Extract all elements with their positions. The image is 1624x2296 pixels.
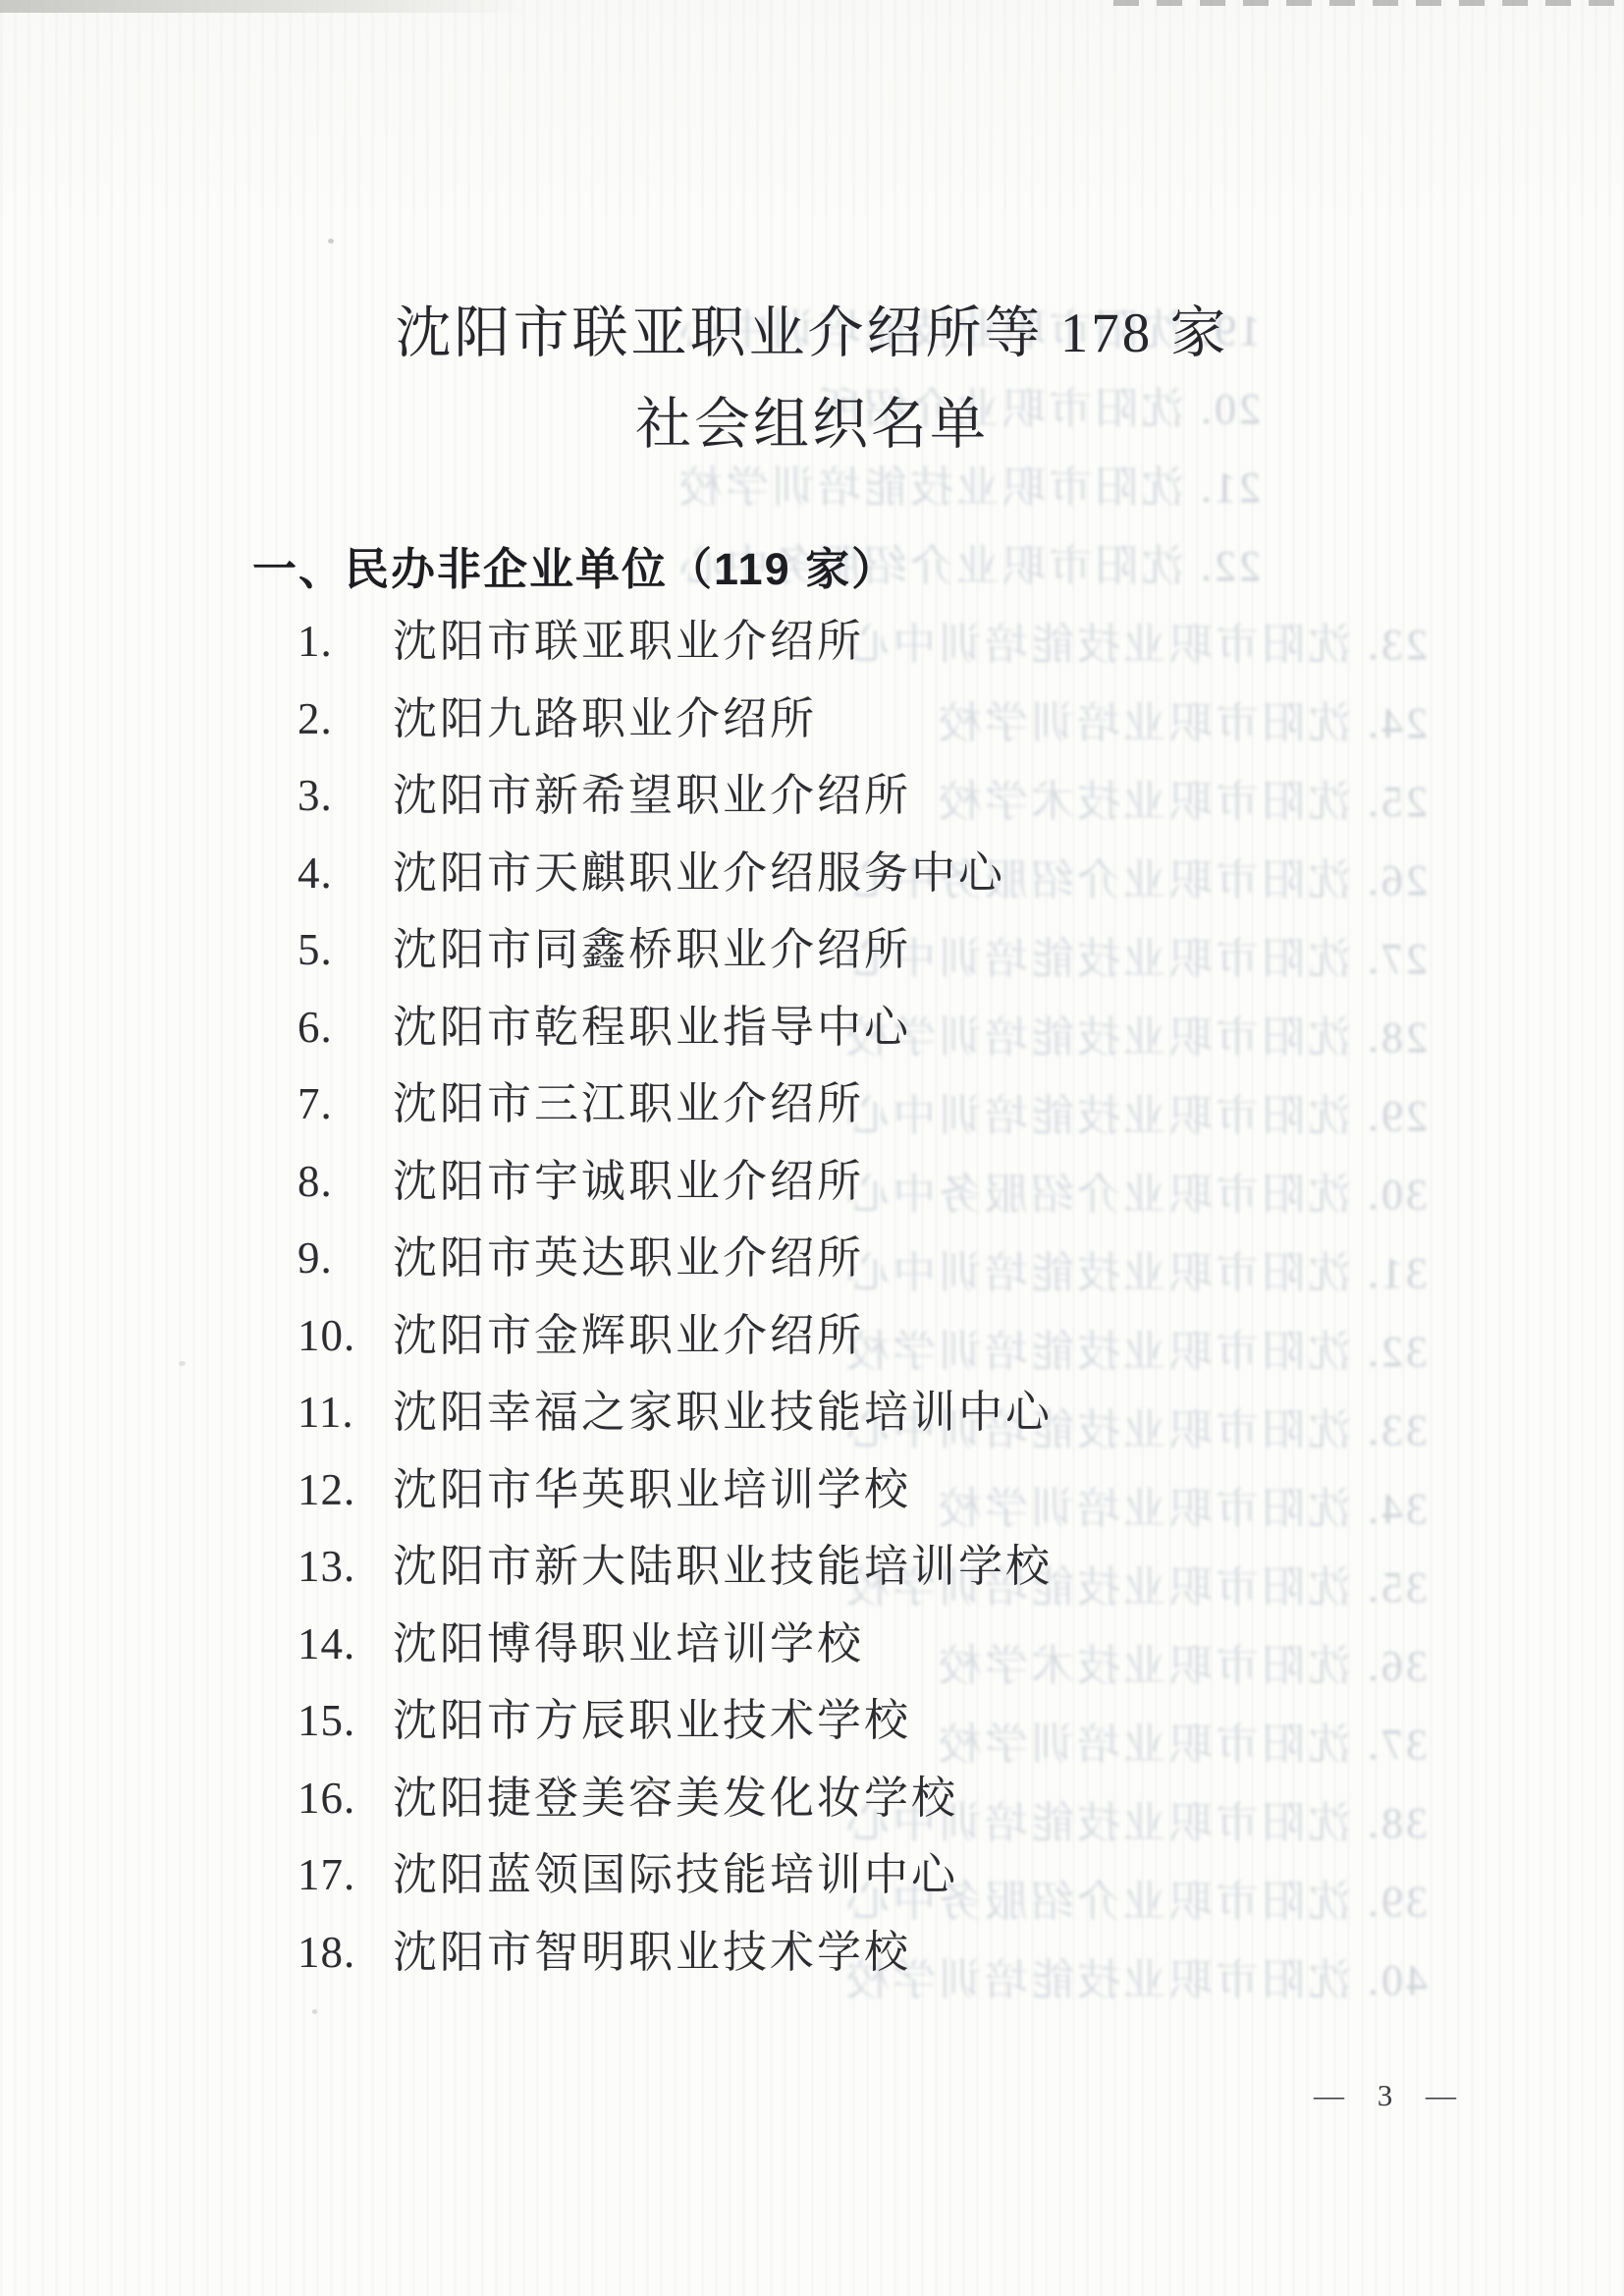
scanned-document-page: { "title": { "line1": "沈阳市联亚职业介绍所等 178 家… [0, 0, 1624, 2296]
document-title-line2: 社会组织名单 [0, 379, 1624, 470]
list-item-name: 沈阳市新希望职业介绍所 [393, 771, 911, 820]
list-item: 13.沈阳市新大陆职业技能培训学校 [298, 1530, 1053, 1594]
list-item-name: 沈阳市联亚职业介绍所 [393, 617, 864, 666]
list-item: 12.沈阳市华英职业培训学校 [298, 1453, 911, 1517]
list-item-number: 9. [298, 1232, 393, 1284]
list-item-name: 沈阳市乾程职业指导中心 [393, 1003, 911, 1052]
list-item: 7.沈阳市三江职业介绍所 [298, 1067, 864, 1131]
list-item: 11.沈阳幸福之家职业技能培训中心 [298, 1376, 1053, 1440]
section-heading: 一、民办非企业单位（119 家） [252, 533, 897, 597]
list-item-number: 8. [298, 1156, 393, 1207]
list-item-name: 沈阳蓝领国际技能培训中心 [393, 1850, 958, 1899]
list-item-number: 6. [298, 1002, 393, 1053]
document-title-line1: 沈阳市联亚职业介绍所等 178 家 [0, 288, 1624, 379]
list-item-name: 沈阳捷登美容美发化妆学校 [393, 1774, 958, 1823]
list-item-number: 11. [298, 1387, 393, 1438]
page-number: — 3 — [1314, 2078, 1469, 2113]
list-item-name: 沈阳幸福之家职业技能培训中心 [393, 1388, 1053, 1437]
list-item: 18.沈阳市智明职业技术学校 [298, 1916, 911, 1980]
list-item-number: 12. [298, 1464, 393, 1515]
list-item-number: 5. [298, 924, 393, 975]
list-item-name: 沈阳博得职业培训学校 [393, 1619, 864, 1668]
list-item-name: 沈阳市智明职业技术学校 [393, 1928, 911, 1977]
list-item-number: 16. [298, 1773, 393, 1824]
list-item-name: 沈阳市天麒职业介绍服务中心 [393, 848, 1005, 898]
list-item-name: 沈阳市三江职业介绍所 [393, 1079, 864, 1128]
list-item: 4.沈阳市天麒职业介绍服务中心 [298, 837, 1005, 901]
list-item: 9.沈阳市英达职业介绍所 [298, 1222, 864, 1285]
list-item-number: 3. [298, 770, 393, 821]
list-item: 10.沈阳市金辉职业介绍所 [298, 1299, 864, 1363]
list-item: 5.沈阳市同鑫桥职业介绍所 [298, 913, 911, 977]
list-item-number: 13. [298, 1541, 393, 1592]
list-item-number: 10. [298, 1310, 393, 1361]
list-item-number: 4. [298, 847, 393, 899]
list-item-number: 14. [298, 1618, 393, 1669]
list-item-name: 沈阳市同鑫桥职业介绍所 [393, 925, 911, 974]
list-item: 2.沈阳九路职业介绍所 [298, 683, 817, 746]
list-item: 15.沈阳市方辰职业技术学校 [298, 1684, 911, 1748]
list-item: 17.沈阳蓝领国际技能培训中心 [298, 1838, 958, 1902]
list-item: 16.沈阳捷登美容美发化妆学校 [298, 1762, 958, 1826]
list-item-name: 沈阳市新大陆职业技能培训学校 [393, 1542, 1053, 1591]
list-item-number: 18. [298, 1927, 393, 1978]
page-content: 沈阳市联亚职业介绍所等 178 家 社会组织名单 一、民办非企业单位（119 家… [0, 0, 1624, 2296]
list-item-number: 2. [298, 693, 393, 744]
list-item-name: 沈阳九路职业介绍所 [393, 694, 817, 743]
list-item-number: 17. [298, 1849, 393, 1900]
list-item-name: 沈阳市金辉职业介绍所 [393, 1311, 864, 1360]
list-item-number: 1. [298, 616, 393, 667]
list-item: 14.沈阳博得职业培训学校 [298, 1608, 864, 1671]
document-title: 沈阳市联亚职业介绍所等 178 家 社会组织名单 [0, 288, 1624, 470]
list-item: 6.沈阳市乾程职业指导中心 [298, 991, 911, 1055]
list-item-name: 沈阳市华英职业培训学校 [393, 1465, 911, 1514]
list-item-number: 15. [298, 1695, 393, 1746]
list-item: 3.沈阳市新希望职业介绍所 [298, 759, 911, 823]
list-item: 8.沈阳市宇诚职业介绍所 [298, 1145, 864, 1209]
list-item-name: 沈阳市宇诚职业介绍所 [393, 1157, 864, 1206]
list-item-name: 沈阳市方辰职业技术学校 [393, 1696, 911, 1745]
list-item: 1.沈阳市联亚职业介绍所 [298, 605, 864, 669]
list-item-name: 沈阳市英达职业介绍所 [393, 1233, 864, 1283]
list-item-number: 7. [298, 1078, 393, 1129]
